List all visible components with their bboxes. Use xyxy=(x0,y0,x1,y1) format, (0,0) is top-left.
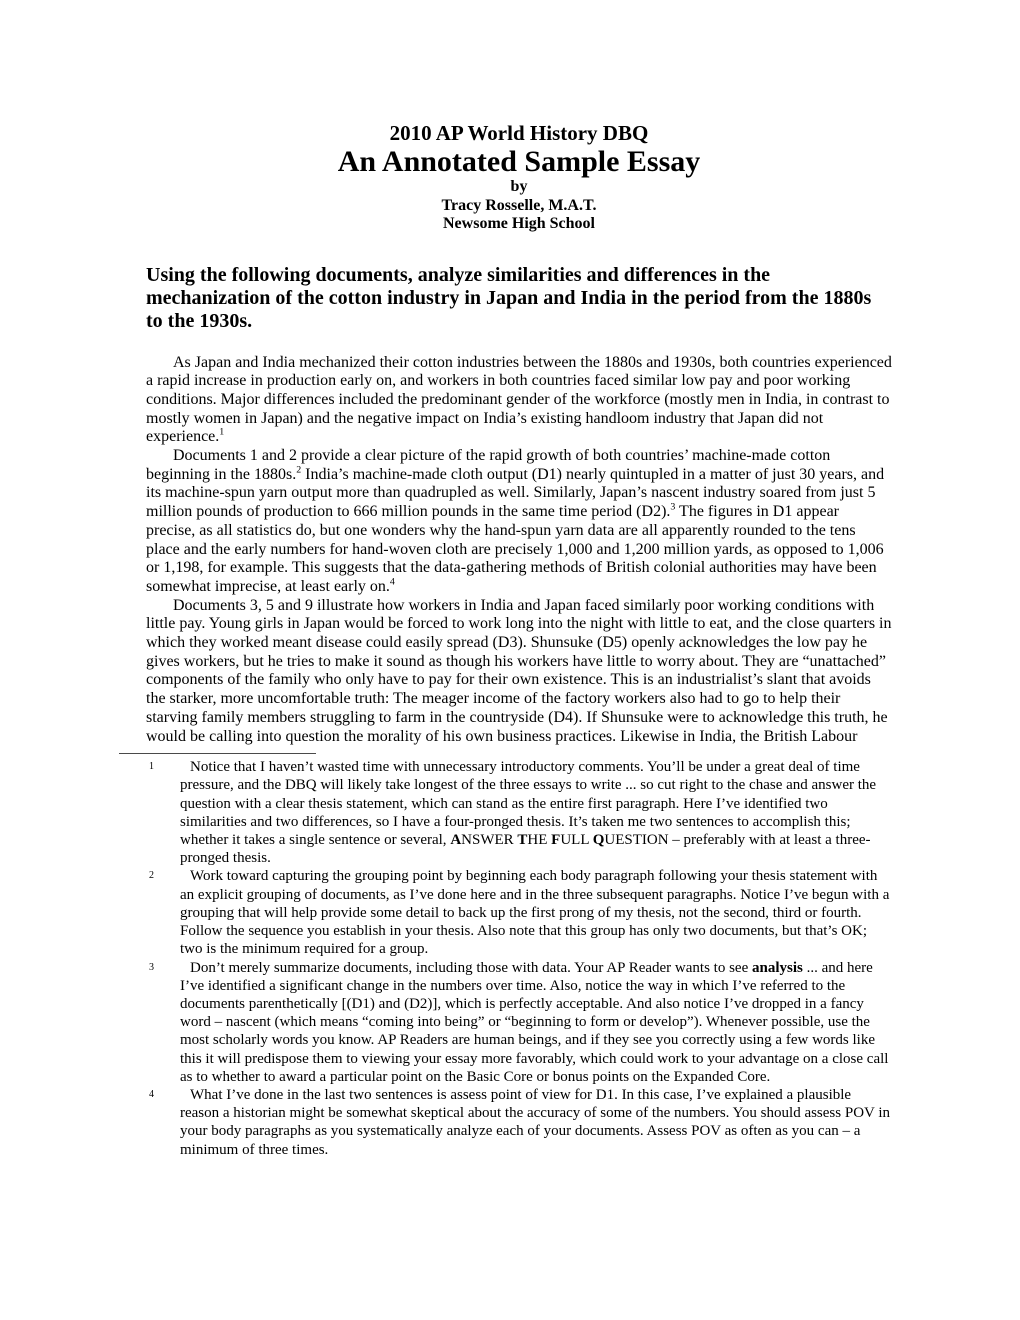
footnote-marker: 3 xyxy=(149,959,154,977)
footnote-2: 2 Work toward capturing the grouping poi… xyxy=(146,867,892,958)
essay-paragraph-2: Documents 1 and 2 provide a clear pictur… xyxy=(146,447,892,597)
essay-paragraph-3: Documents 3, 5 and 9 illustrate how work… xyxy=(146,597,892,747)
school-name: Newsome High School xyxy=(146,215,892,234)
footnote-1: 1 Notice that I haven’t wasted time with… xyxy=(146,758,892,867)
footnote-4: 4 What I’ve done in the last two sentenc… xyxy=(146,1086,892,1159)
essay-prompt: Using the following documents, analyze s… xyxy=(146,264,892,333)
text-block: 2010 AP World History DBQ An Annotated S… xyxy=(0,0,1020,1159)
footnote-text: Notice that I haven’t wasted time with u… xyxy=(180,758,892,867)
document-kicker: 2010 AP World History DBQ xyxy=(146,122,892,145)
footnote-marker: 4 xyxy=(149,1086,154,1104)
byline: by xyxy=(146,178,892,197)
document-title: An Annotated Sample Essay xyxy=(146,145,892,178)
footnote-marker: 2 xyxy=(149,867,154,885)
footnote-text: What I’ve done in the last two sentences… xyxy=(180,1086,892,1159)
footnote-text: Don’t merely summarize documents, includ… xyxy=(180,959,892,1086)
footnote-marker: 1 xyxy=(149,758,154,776)
essay-paragraph-1: As Japan and India mechanized their cott… xyxy=(146,354,892,448)
document-page: 2010 AP World History DBQ An Annotated S… xyxy=(0,0,1020,1320)
footnotes-section: 1 Notice that I haven’t wasted time with… xyxy=(146,758,892,1158)
document-header: 2010 AP World History DBQ An Annotated S… xyxy=(146,122,892,234)
essay-body: As Japan and India mechanized their cott… xyxy=(146,354,892,747)
footnote-text: Work toward capturing the grouping point… xyxy=(180,867,892,958)
footnote-separator xyxy=(119,753,316,754)
footnote-3: 3 Don’t merely summarize documents, incl… xyxy=(146,959,892,1086)
author-name: Tracy Rosselle, M.A.T. xyxy=(146,197,892,216)
